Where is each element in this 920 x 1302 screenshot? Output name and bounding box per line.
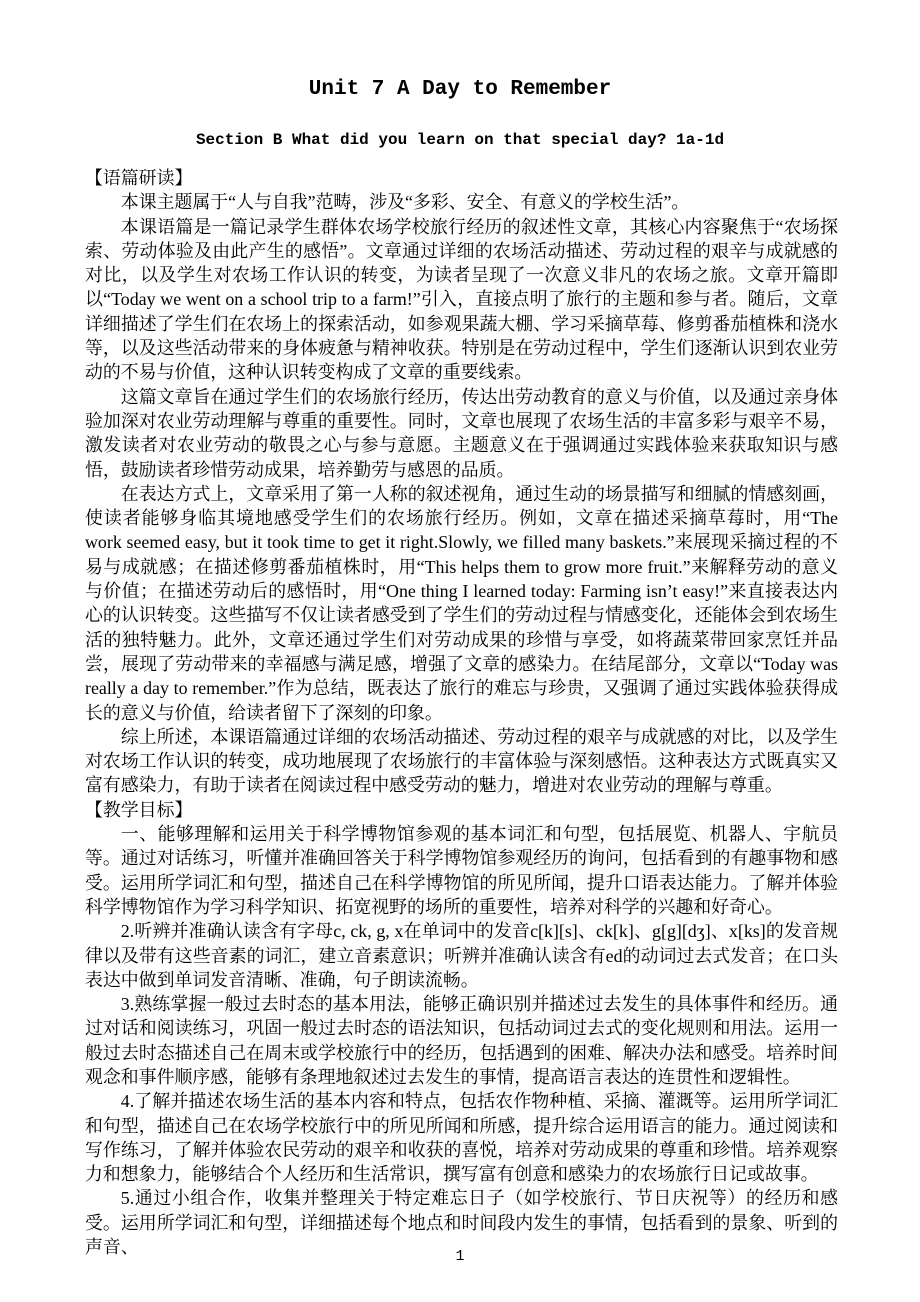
section-heading-teaching-objectives: 【教学目标】 <box>85 798 838 822</box>
document-subtitle: Section B What did you learn on that spe… <box>0 129 920 151</box>
paragraph-objective-3: 3.熟练掌握一般过去时态的基本用法，能够正确识别并描述过去发生的具体事件和经历。… <box>85 992 838 1089</box>
page-number: 1 <box>0 1248 920 1266</box>
paragraph-objective-2: 2.听辨并准确认读含有字母c, ck, g, x在单词中的发音c[k][s]、c… <box>85 919 838 992</box>
paragraph-summary: 综上所述，本课语篇通过详细的农场活动描述、劳动过程的艰辛与成就感的对比，以及学生… <box>85 725 838 798</box>
document-title: Unit 7 A Day to Remember <box>0 76 920 103</box>
document-page: Unit 7 A Day to Remember Section B What … <box>0 0 920 1302</box>
paragraph-objective-1: 一、能够理解和运用关于科学博物馆参观的基本词汇和句型，包括展览、机器人、宇航员等… <box>85 822 838 919</box>
paragraph-objective-4: 4.了解并描述农场生活的基本内容和特点，包括农作物种植、采摘、灌溉等。运用所学词… <box>85 1089 838 1186</box>
paragraph-text-overview: 本课语篇是一篇记录学生群体农场学校旅行经历的叙述性文章，其核心内容聚焦于“农场探… <box>85 215 838 385</box>
paragraph-purpose: 这篇文章旨在通过学生们的农场旅行经历，传达出劳动教育的意义与价值，以及通过亲身体… <box>85 385 838 482</box>
paragraph-expression-style: 在表达方式上，文章采用了第一人称的叙述视角，通过生动的场景描写和细腻的情感刻画，… <box>85 482 838 725</box>
document-body: 【语篇研读】 本课主题属于“人与自我”范畴，涉及“多彩、安全、有意义的学校生活”… <box>85 166 838 1259</box>
paragraph-theme: 本课主题属于“人与自我”范畴，涉及“多彩、安全、有意义的学校生活”。 <box>85 190 838 214</box>
section-heading-text-analysis: 【语篇研读】 <box>85 166 838 190</box>
